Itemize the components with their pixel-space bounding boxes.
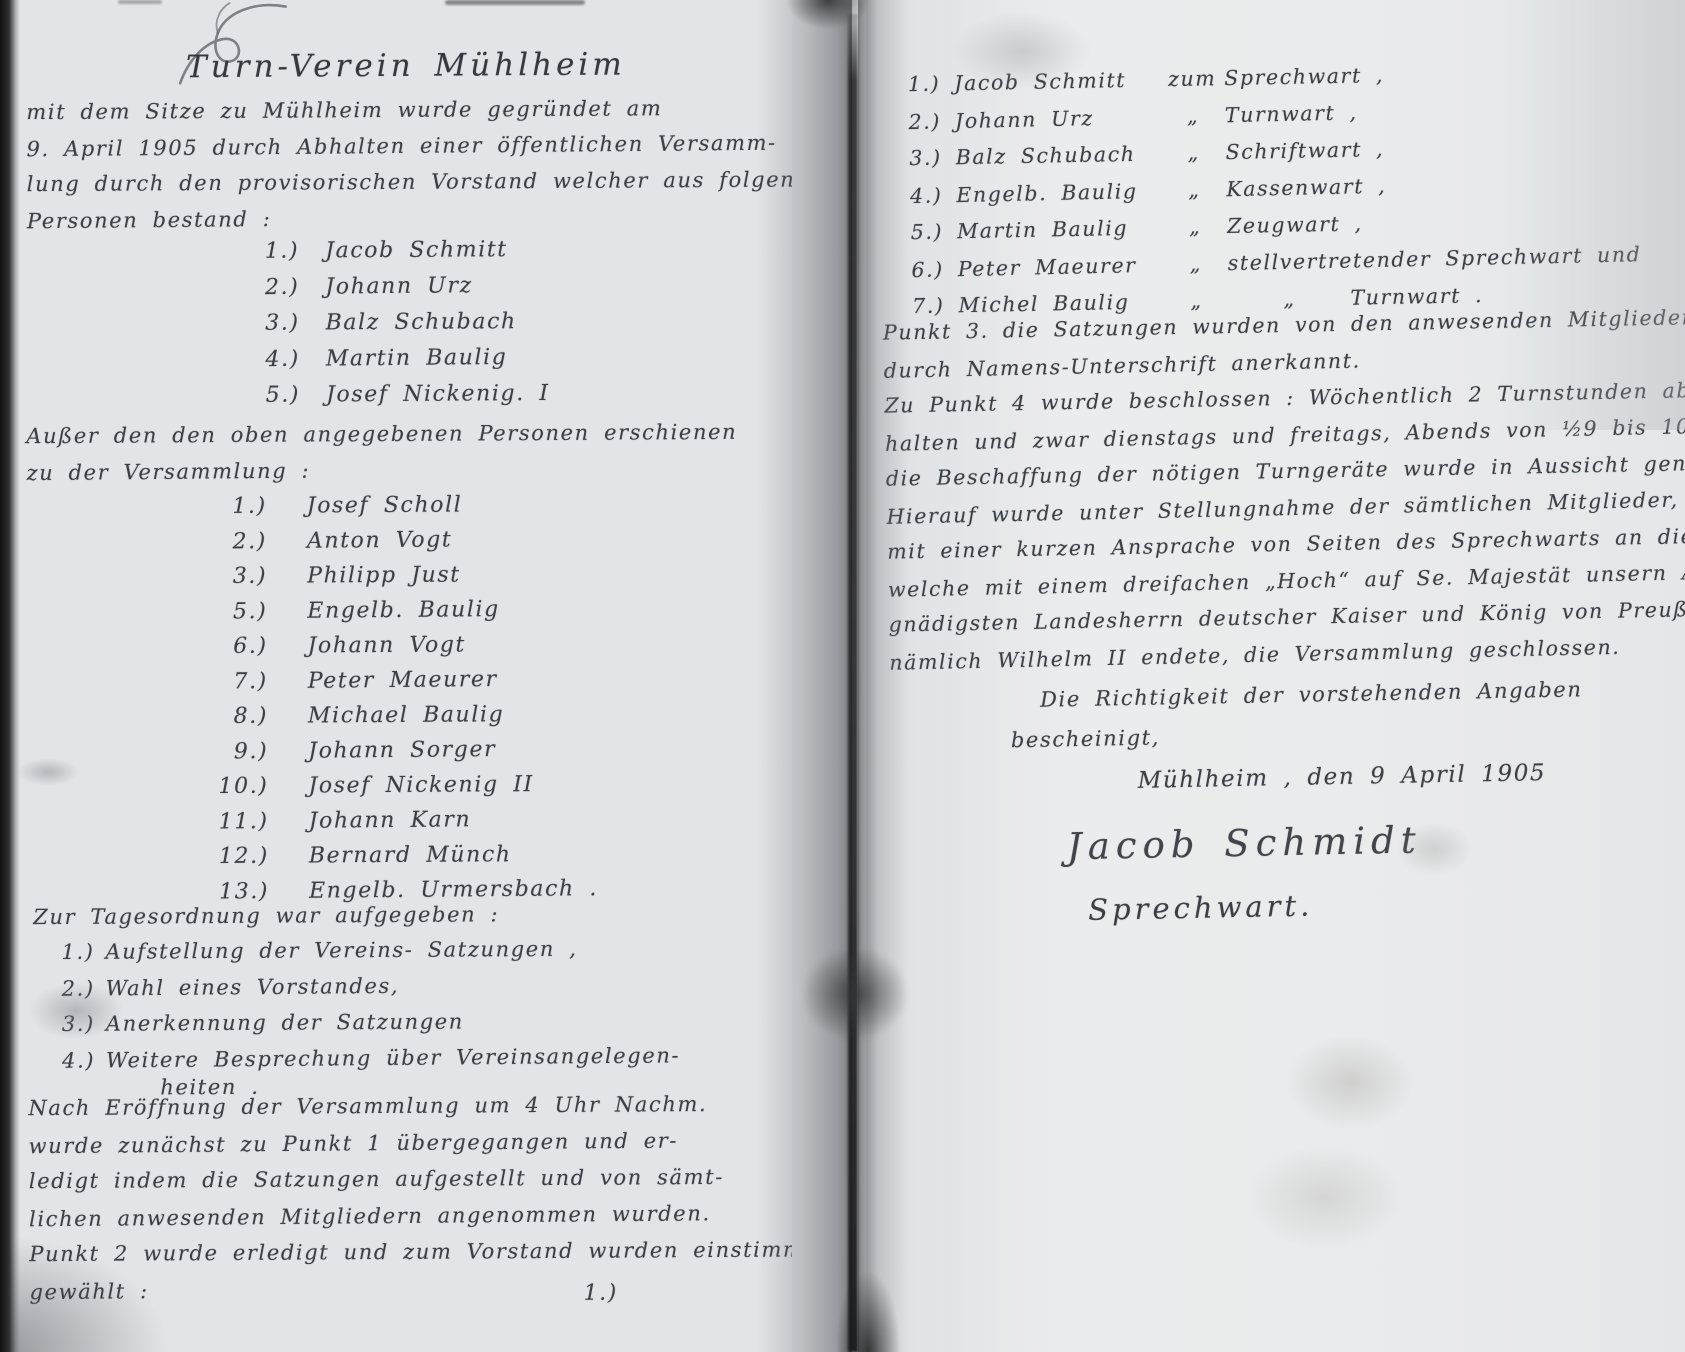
intro-line: lung durch den provisorischen Vorstand w… (27, 167, 792, 208)
officer-number: 4.) (908, 183, 943, 208)
officer-name: Jacob Schmitt (954, 67, 1160, 95)
ditto-mark: zum (1160, 66, 1224, 91)
founder-number: 2.) (253, 275, 299, 300)
signature-role: Sprechwart. (1088, 889, 1314, 927)
attendee-number: 9.) (216, 739, 268, 764)
officer-role: Schriftwart , (1225, 137, 1384, 164)
attendees-intro-line: zu der Versammlung : (26, 455, 737, 497)
agenda-text: Wahl eines Vorstandes, (106, 974, 400, 1001)
scanned-document: Turn-Verein Mühlheim mit dem Sitze zu Mü… (0, 0, 1685, 1352)
attendee-row: 9.) Johann Sorger (216, 736, 597, 774)
attendees-intro: Außer den den oben angegebenen Personen … (26, 420, 737, 496)
founder-row: 1.) Jacob Schmitt (253, 237, 549, 275)
closing-line: lichen anwesenden Mitgliedern angenommen… (29, 1200, 792, 1243)
attendee-name: Johann Karn (309, 807, 472, 833)
ditto-mark-2: „ (1228, 286, 1350, 312)
agenda-heading: Zur Tagesordnung war aufgegeben : (33, 902, 499, 929)
attendee-row: 11.) Johann Karn (217, 806, 598, 844)
closing-line: wurde zunächst zu Punkt 1 übergegangen u… (29, 1127, 792, 1170)
attendee-number: 11.) (217, 809, 269, 834)
officer-role: Kassenwart , (1226, 174, 1386, 201)
attendee-name: Johann Vogt (308, 632, 466, 658)
attendee-row: 2.) Anton Vogt (215, 526, 596, 564)
founder-number: 3.) (254, 311, 300, 336)
attestation-line: Die Richtigkeit der vorstehenden Angaben (1040, 677, 1583, 711)
ditto-mark: „ (1161, 103, 1226, 128)
closing-line: gewählt : (29, 1273, 792, 1316)
intro-line: 9. April 1905 durch Abhalten einer öffen… (26, 130, 792, 173)
ditto-mark: „ (1164, 251, 1229, 276)
founder-name: Martin Baulig (326, 345, 508, 372)
attendee-name: Johann Sorger (308, 737, 496, 764)
officer-role: Zeugwart , (1227, 211, 1363, 238)
protocol-paragraphs: Punkt 3. die Satzungen wurden von den an… (883, 304, 1685, 686)
agenda-number: 2.) (62, 977, 92, 1001)
attendee-row: 8.) Michael Baulig (216, 702, 597, 739)
officer-role: Turnwart . (1350, 283, 1483, 310)
founder-row: 3.) Balz Schubach (254, 309, 550, 347)
attendee-number: 7.) (216, 669, 268, 694)
officer-number: 5.) (909, 220, 943, 245)
attestation-line: bescheinigt, (1011, 725, 1161, 752)
agenda-row: 1.) Aufstellung der Vereins- Satzungen , (61, 936, 679, 976)
attendee-name: Josef Scholl (307, 493, 463, 519)
page-right: 1.) Jacob Schmitt zum Sprechwart , 2.) J… (866, 0, 1685, 1352)
attendee-number: 8.) (216, 704, 268, 729)
page-title: Turn-Verein Mühlheim (186, 47, 626, 86)
intro-paragraph: mit dem Sitze zu Mühlheim wurde gegründe… (26, 95, 792, 244)
officer-name: Balz Schubach (955, 141, 1161, 169)
attendee-row: 3.) Philipp Just (215, 562, 596, 599)
closing-line: Punkt 2 wurde erledigt und zum Vorstand … (29, 1237, 792, 1278)
attendee-number: 6.) (216, 634, 268, 659)
page-right-content: 1.) Jacob Schmitt zum Sprechwart , 2.) J… (866, 0, 1685, 1352)
attendee-name: Bernard Münch (309, 842, 512, 868)
page-left-content: Turn-Verein Mühlheim mit dem Sitze zu Mü… (14, 0, 792, 1352)
officer-number: 6.) (910, 257, 945, 282)
attendee-name: Josef Nickenig II (308, 772, 533, 798)
founder-name: Jacob Schmitt (325, 237, 508, 263)
attendee-name: Engelb. Urmersbach . (309, 876, 598, 904)
officer-name: Peter Maeurer (958, 253, 1164, 281)
founder-row: 4.) Martin Baulig (254, 345, 550, 384)
attendee-number: 13.) (217, 879, 269, 904)
attendee-row: 6.) Johann Vogt (216, 632, 597, 669)
attendee-name: Peter Maeurer (308, 667, 498, 694)
attendee-number: 10.) (216, 774, 268, 799)
agenda-text: Weitere Besprechung über Vereinsangelege… (106, 1043, 680, 1072)
founder-number: 1.) (253, 239, 299, 264)
attendee-row: 1.) Josef Scholl (215, 492, 596, 529)
officer-name: Martin Baulig (957, 215, 1163, 243)
officer-role: Sprechwart , (1224, 63, 1384, 90)
founder-number: 4.) (254, 347, 300, 372)
founder-name: Johann Urz (325, 273, 473, 299)
attendee-name: Engelb. Baulig (307, 597, 500, 624)
officer-number: 2.) (907, 109, 942, 134)
agenda-number: 4.) (62, 1049, 92, 1073)
attendees-intro-line: Außer den den oben angegebenen Personen … (26, 420, 737, 460)
page-left: Turn-Verein Mühlheim mit dem Sitze zu Mü… (14, 0, 792, 1352)
attendee-number: 3.) (215, 564, 267, 589)
agenda-number: 1.) (61, 940, 91, 964)
agenda-text: Anerkennung der Satzungen (106, 1010, 464, 1036)
attendee-row: 5.) Engelb. Baulig (215, 596, 596, 634)
attendee-number: 2.) (215, 529, 267, 554)
officers-list: 1.) Jacob Schmitt zum Sprechwart , 2.) J… (906, 58, 1643, 331)
officer-number: 3.) (907, 146, 941, 171)
gutter-fold (848, 14, 858, 1352)
founder-number: 5.) (254, 383, 300, 408)
attendee-name: Philipp Just (307, 563, 461, 589)
attendee-name: Michael Baulig (308, 702, 504, 728)
closing-line: Nach Eröffnung der Versammlung um 4 Uhr … (28, 1091, 792, 1132)
agenda-row: 4.) Weitere Besprechung über Vereinsange… (62, 1043, 680, 1084)
closing-line: ledigt indem die Satzungen aufgestellt u… (29, 1164, 792, 1205)
gutter-fold-top (778, 0, 878, 42)
intro-line: mit dem Sitze zu Mühlheim wurde gegründe… (26, 95, 792, 136)
attendee-number: 5.) (215, 599, 267, 624)
founders-list: 1.) Jacob Schmitt 2.) Johann Urz 3.) Bal… (253, 237, 550, 419)
officer-number: 1.) (906, 72, 940, 97)
signature: Jacob Schmidt (1067, 818, 1422, 868)
agenda-row: 3.) Anerkennung der Satzungen (62, 1008, 680, 1048)
dateline: Mühlheim , den 9 April 1905 (1137, 760, 1546, 794)
ditto-mark: „ (1161, 140, 1225, 165)
catchword: 1.) (583, 1281, 618, 1306)
founder-row: 2.) Johann Urz (253, 273, 549, 312)
ditto-mark: „ (1163, 214, 1227, 239)
founder-name: Balz Schubach (326, 309, 517, 335)
closing-paragraph: Nach Eröffnung der Versammlung um 4 Uhr … (28, 1091, 792, 1315)
officer-role: Turnwart , (1225, 100, 1358, 127)
agenda-text: Aufstellung der Vereins- Satzungen , (105, 937, 577, 964)
agenda-number: 3.) (62, 1012, 92, 1036)
attendee-row: 12.) Bernard Münch (217, 842, 598, 879)
founder-row: 5.) Josef Nickenig. I (254, 381, 550, 419)
attendee-row: 10.) Josef Nickenig II (216, 772, 597, 809)
attendee-name: Anton Vogt (307, 527, 453, 553)
officer-name: Michel Baulig (958, 289, 1164, 317)
founder-name: Josef Nickenig. I (326, 381, 550, 407)
attendee-number: 1.) (215, 494, 267, 519)
attendee-number: 12.) (217, 844, 269, 869)
agenda-row: 2.) Wahl eines Vorstandes, (62, 971, 680, 1012)
ditto-mark: „ (1162, 177, 1227, 202)
attendee-row: 7.) Peter Maeurer (216, 666, 597, 704)
attendees-list: 1.) Josef Scholl 2.) Anton Vogt 3.) Phil… (215, 492, 598, 914)
officer-name: Johann Urz (955, 105, 1161, 133)
agenda-list: 1.) Aufstellung der Vereins- Satzungen ,… (61, 936, 680, 1084)
officer-name: Engelb. Baulig (956, 179, 1162, 207)
ditto-mark: „ (1164, 288, 1228, 313)
officer-number: 7.) (910, 293, 944, 318)
